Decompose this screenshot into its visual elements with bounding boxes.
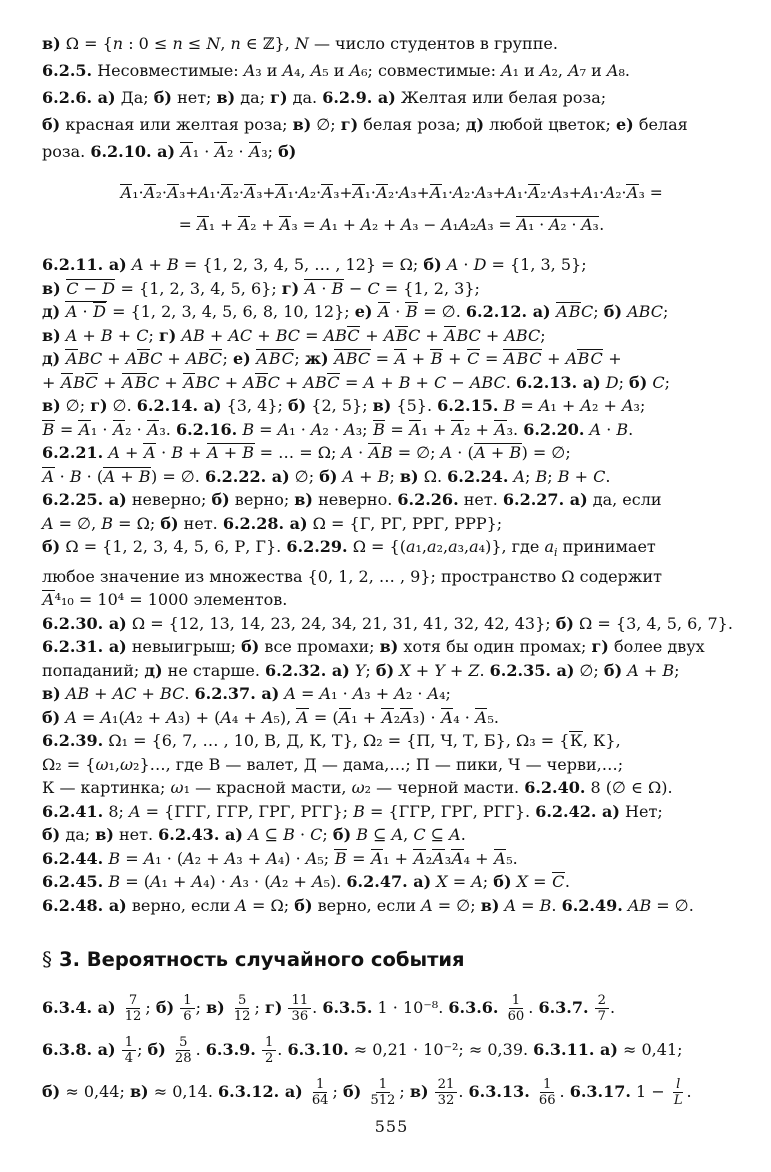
text-line: б) A = A₁(A₂ + A₃) + (A₄ + A₅), A = (A₁ …: [42, 706, 741, 730]
answers-paragraph: 6.2.11. а) A + B = {1, 2, 3, 4, 5, … , 1…: [42, 253, 741, 917]
fraction: 12: [261, 1035, 277, 1066]
text-line: д) ABC + ABC + ABC; е) ABC; ж) ABC = A +…: [42, 347, 741, 371]
text-line: 6.3.8. а) 14; б) 528. 6.3.9. 12. 6.3.10.…: [42, 1029, 741, 1071]
text-line: B = A₁ · A₂ · A₃. 6.2.16. B = A₁ · A₂ · …: [42, 418, 741, 442]
text-line: A⁴₁₀ = 10⁴ = 1000 элементов.: [42, 588, 741, 612]
text-line: роза. 6.2.10. а) A₁ · A₂ · A₃; б): [42, 138, 741, 165]
text-line: б) да; в) нет. 6.2.43. а) A ⊆ B · C; б) …: [42, 823, 741, 847]
text-line: 6.2.39. Ω₁ = {6, 7, … , 10, В, Д, К, Т},…: [42, 729, 741, 753]
text-line: в) A + B + C; г) AB + AC + BC = ABC + AB…: [42, 324, 741, 348]
text-line: 6.2.5. Несовместимые: A₃ и A₄, A₅ и A₆; …: [42, 57, 741, 84]
text-line: Ω₂ = {ω₁,ω₂}…, где В — валет, Д — дама,……: [42, 753, 741, 777]
text-line: б) Ω = {1, 2, 3, 4, 5, 6, Р, Г}. 6.2.29.…: [42, 535, 741, 565]
text-line: д) A · D = {1, 2, 3, 4, 5, 6, 8, 10, 12}…: [42, 300, 741, 324]
text-line: попаданий; д) не старше. 6.2.32. а) Y; б…: [42, 659, 741, 683]
text-line: в) AB + AC + BC. 6.2.37. а) A = A₁ · A₃ …: [42, 682, 741, 706]
text-line: 6.2.44. B = A₁ · (A₂ + A₃ + A₄) · A₅; B …: [42, 847, 741, 871]
text-line: A = ∅, B = Ω; б) нет. 6.2.28. а) Ω = {Г,…: [42, 512, 741, 536]
text-line: в) C − D = {1, 2, 3, 4, 5, 6}; г) A · B …: [42, 277, 741, 301]
intro-paragraph: в) Ω = {n : 0 ≤ n ≤ N, n ∈ ℤ}, N — число…: [42, 30, 741, 165]
text-line: 6.2.31. а) невыигрыш; б) все промахи; в)…: [42, 635, 741, 659]
section-title: 3. Вероятность случайного события: [59, 948, 465, 971]
text-line: б) ≈ 0,44; в) ≈ 0,14. 6.3.12. а) 164; б)…: [42, 1071, 741, 1113]
text-line: б) красная или желтая роза; в) ∅; г) бел…: [42, 111, 741, 138]
fraction: 16: [179, 993, 195, 1024]
text-line: + ABC + ABC + ABC + ABC + ABC = A + B + …: [42, 371, 741, 395]
text-line: A₁·A₂·A₃+A₁·A₂·A₃+A₁·A₂·A₃+A₁·A₂·A₃+A₁·A…: [42, 177, 741, 209]
paragraph-mark: §: [42, 947, 52, 971]
fraction: 712: [121, 993, 146, 1024]
text-line: 6.2.48. а) верно, если A = Ω; б) верно, …: [42, 894, 741, 918]
page-number: 555: [42, 1117, 741, 1136]
text-line: 6.2.30. а) Ω = {12, 13, 14, 23, 24, 34, …: [42, 612, 741, 636]
document-page: в) Ω = {n : 0 ≤ n ≤ N, n ∈ ℤ}, N — число…: [0, 0, 771, 1172]
text-line: = A₁ + A₂ + A₃ = A₁ + A₂ + A₃ − A₁A₂A₃ =…: [42, 209, 741, 241]
text-line: К — картинка; ω₁ — красной масти, ω₂ — ч…: [42, 776, 741, 800]
fraction: 166: [535, 1077, 560, 1108]
text-line: 6.2.11. а) A + B = {1, 2, 3, 4, 5, … , 1…: [42, 253, 741, 277]
text-line: 6.2.41. 8; A = {ГГГ, ГГР, ГРГ, РГГ}; B =…: [42, 800, 741, 824]
fraction: 1136: [287, 993, 312, 1024]
fraction: 512: [230, 993, 255, 1024]
text-line: 6.2.45. B = (A₁ + A₄) · A₃ · (A₂ + A₅). …: [42, 870, 741, 894]
text-line: в) Ω = {n : 0 ≤ n ≤ N, n ∈ ℤ}, N — число…: [42, 30, 741, 57]
text-line: 6.2.25. а) неверно; б) верно; в) неверно…: [42, 488, 741, 512]
fraction: 1512: [366, 1077, 399, 1108]
fraction: 160: [504, 993, 529, 1024]
text-line: любое значение из множества {0, 1, 2, … …: [42, 565, 741, 589]
fraction: 2132: [434, 1077, 459, 1108]
text-line: 6.2.21. A + A · B + A + B = … = Ω; A · A…: [42, 441, 741, 465]
probability-answers-paragraph: 6.3.4. а) 712; б) 16; в) 512; г) 1136. 6…: [42, 987, 741, 1113]
section-heading: §3. Вероятность случайного события: [42, 947, 741, 971]
display-equation: A₁·A₂·A₃+A₁·A₂·A₃+A₁·A₂·A₃+A₁·A₂·A₃+A₁·A…: [42, 177, 741, 241]
text-line: 6.2.6. а) Да; б) нет; в) да; г) да. 6.2.…: [42, 84, 741, 111]
text-line: в) ∅; г) ∅. 6.2.14. а) {3, 4}; б) {2, 5}…: [42, 394, 741, 418]
fraction: lL: [670, 1077, 687, 1108]
fraction: 164: [308, 1077, 333, 1108]
fraction: 27: [594, 993, 610, 1024]
fraction: 528: [171, 1035, 196, 1066]
text-line: A · B · (A + B) = ∅. 6.2.22. а) ∅; б) A …: [42, 465, 741, 489]
fraction: 14: [121, 1035, 137, 1066]
text-line: 6.3.4. а) 712; б) 16; в) 512; г) 1136. 6…: [42, 987, 741, 1029]
